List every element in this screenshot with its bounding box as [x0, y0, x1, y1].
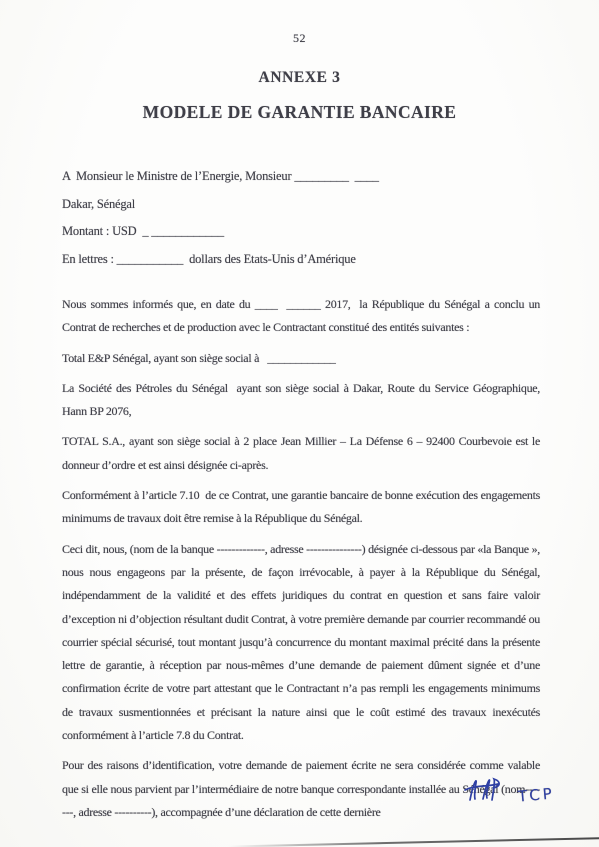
handwritten-initials: TCP: [517, 784, 555, 805]
page-edge-scan-line: [228, 837, 599, 847]
paragraph-entity-petrosen: La Société des Pétroles du Sénégal ayant…: [62, 377, 540, 424]
paragraph-contract-notice: Nous sommes informés que, en date du ___…: [62, 293, 540, 340]
paragraph-article-710: Conformément à l’article 7.10 de ce Cont…: [62, 484, 540, 531]
amount-in-words-line: En lettres : ___________ dollars des Eta…: [62, 246, 540, 274]
handwritten-paraph-icon: [462, 774, 506, 808]
recipient-line: A Monsieur le Ministre de l’Energie, Mon…: [62, 163, 540, 191]
amount-line: Montant : USD _ ____________: [62, 218, 540, 246]
document-page: 52 ANNEXE 3 MODELE DE GARANTIE BANCAIRE …: [0, 0, 599, 847]
address-block: A Monsieur le Ministre de l’Energie, Mon…: [62, 163, 540, 273]
handwritten-signature-area: TCP: [462, 774, 592, 818]
page-number: 52: [0, 0, 599, 46]
paragraph-bank-engagement: Ceci dit, nous, (nom de la banque ------…: [62, 538, 540, 748]
paragraph-entity-total-ep: Total E&P Sénégal, ayant son siège socia…: [62, 347, 540, 370]
paragraph-entity-total-sa: TOTAL S.A., ayant son siège social à 2 p…: [62, 430, 540, 477]
annex-title: ANNEXE 3: [0, 69, 599, 87]
city-line: Dakar, Sénégal: [62, 191, 540, 219]
letter-body: A Monsieur le Ministre de l’Energie, Mon…: [0, 163, 599, 824]
document-title: MODELE DE GARANTIE BANCAIRE: [0, 102, 599, 123]
